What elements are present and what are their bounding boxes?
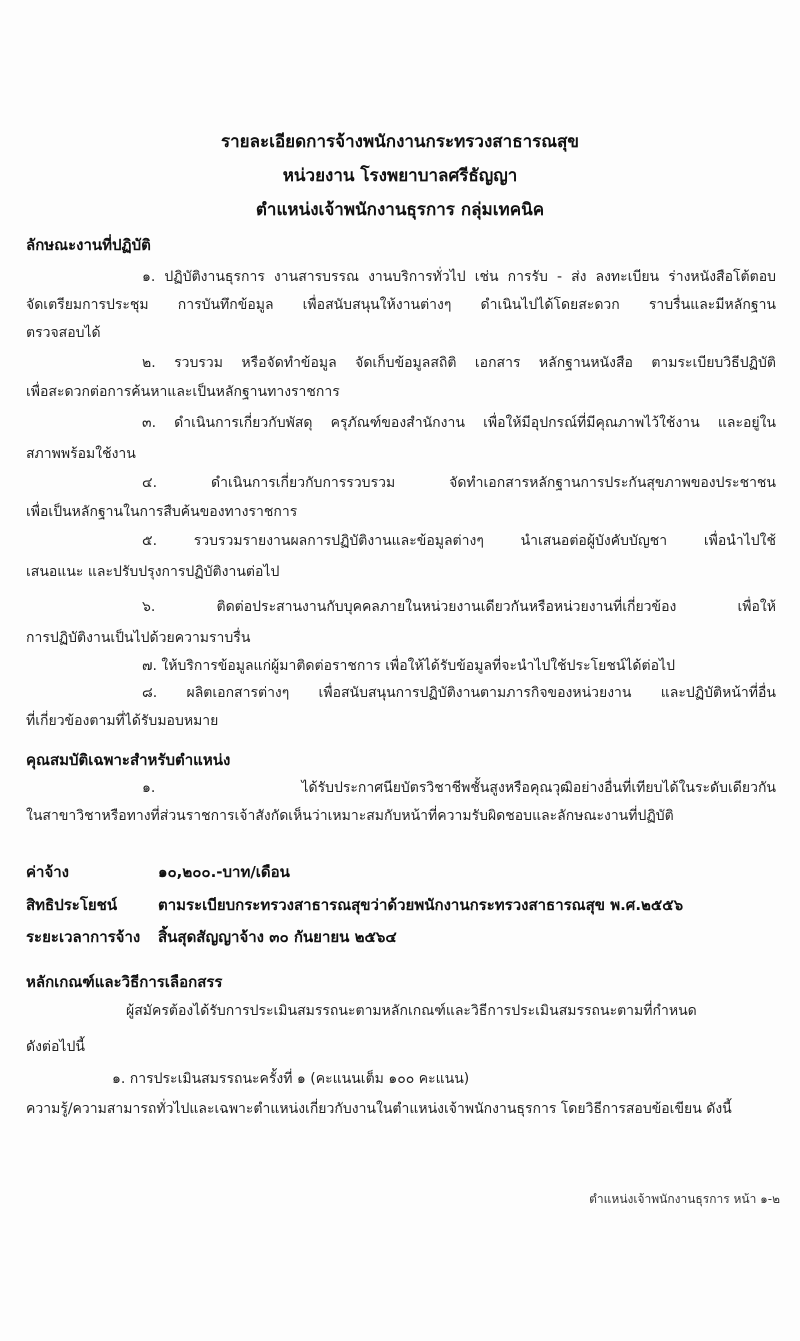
duty-4-line-2: เพื่อเป็นหลักฐานในการสืบค้นของทางราชการ: [26, 501, 297, 523]
document-title: รายละเอียดการจ้างพนักงานกระทรวงสาธารณสุข: [0, 128, 800, 155]
duty-1-line-3: ตรวจสอบได้: [26, 322, 101, 344]
duty-3-line-2: สภาพพร้อมใช้งาน: [26, 443, 136, 465]
duty-5-line-1: ๕. รวบรวมรายงานผลการปฏิบัติงานและข้อมูลต…: [142, 530, 776, 552]
qualifications-heading: คุณสมบัติเฉพาะสำหรับตำแหน่ง: [26, 748, 230, 772]
selection-item-1-detail: ความรู้/ความสามารถทั่วไปและเฉพาะตำแหน่งเ…: [26, 1098, 732, 1120]
page-footer: ตำแหน่งเจ้าพนักงานธุรการ หน้า ๑-๒: [589, 1190, 780, 1209]
selection-heading: หลักเกณฑ์และวิธีการเลือกสรร: [26, 970, 222, 994]
duty-7-line-1: ๗. ให้บริการข้อมูลแก่ผู้มาติดต่อราชการ เ…: [142, 655, 675, 677]
wage-value: ๑๐,๒๐๐.-บาท/เดือน: [158, 860, 290, 884]
selection-intro-line-1: ผู้สมัครต้องได้รับการประเมินสมรรถนะตามหล…: [126, 1000, 697, 1022]
benefits-label: สิทธิประโยชน์: [26, 893, 117, 917]
qualification-line-2: ในสาขาวิชาหรือทางที่ส่วนราชการเจ้าสังกัด…: [26, 805, 674, 827]
benefits-value: ตามระเบียบกระทรวงสาธารณสุขว่าด้วยพนักงาน…: [158, 893, 683, 917]
duty-6-line-1: ๖. ติดต่อประสานงานกับบุคคลภายในหน่วยงานเ…: [142, 596, 776, 618]
document-page: รายละเอียดการจ้างพนักงานกระทรวงสาธารณสุข…: [0, 0, 800, 1341]
wage-label: ค่าจ้าง: [26, 860, 69, 884]
period-label: ระยะเวลาการจ้าง: [26, 925, 140, 949]
duty-1-line-2: จัดเตรียมการประชุม การบันทึกข้อมูล เพื่อ…: [26, 294, 776, 316]
unit-title: หน่วยงาน โรงพยาบาลศรีธัญญา: [0, 162, 800, 189]
duty-5-line-2: เสนอแนะ และปรับปรุงการปฏิบัติงานต่อไป: [26, 561, 279, 583]
duty-8-line-1: ๘. ผลิตเอกสารต่างๆ เพื่อสนับสนุนการปฏิบั…: [142, 682, 776, 704]
period-value: สิ้นสุดสัญญาจ้าง ๓๐ กันยายน ๒๕๖๔: [158, 925, 397, 949]
duty-2-line-2: เพื่อสะดวกต่อการค้นหาและเป็นหลักฐานทางรา…: [26, 381, 340, 403]
qualification-line-1: ๑. ได้รับประกาศนียบัตรวิชาชีพชั้นสูงหรือ…: [142, 777, 776, 799]
duty-1-line-1: ๑. ปฏิบัติงานธุรการ งานสารบรรณ งานบริการ…: [142, 266, 776, 288]
selection-item-1: ๑. การประเมินสมรรถนะครั้งที่ ๑ (คะแนนเต็…: [112, 1068, 469, 1090]
duty-2-line-1: ๒. รวบรวม หรือจัดทำข้อมูล จัดเก็บข้อมูลส…: [142, 352, 776, 374]
duties-heading: ลักษณะงานที่ปฏิบัติ: [26, 233, 151, 257]
duty-3-line-1: ๓. ดำเนินการเกี่ยวกับพัสดุ ครุภัณฑ์ของสำ…: [142, 412, 776, 434]
duty-6-line-2: การปฏิบัติงานเป็นไปด้วยความราบรื่น: [26, 627, 250, 649]
duty-4-line-1: ๔. ดำเนินการเกี่ยวกับการรวบรวม จัดทำเอกส…: [142, 472, 776, 494]
duty-8-line-2: ที่เกี่ยวข้องตามที่ได้รับมอบหมาย: [26, 710, 218, 732]
position-title: ตำแหน่งเจ้าพนักงานธุรการ กลุ่มเทคนิค: [0, 196, 800, 223]
selection-intro-line-2: ดังต่อไปนี้: [26, 1036, 85, 1058]
